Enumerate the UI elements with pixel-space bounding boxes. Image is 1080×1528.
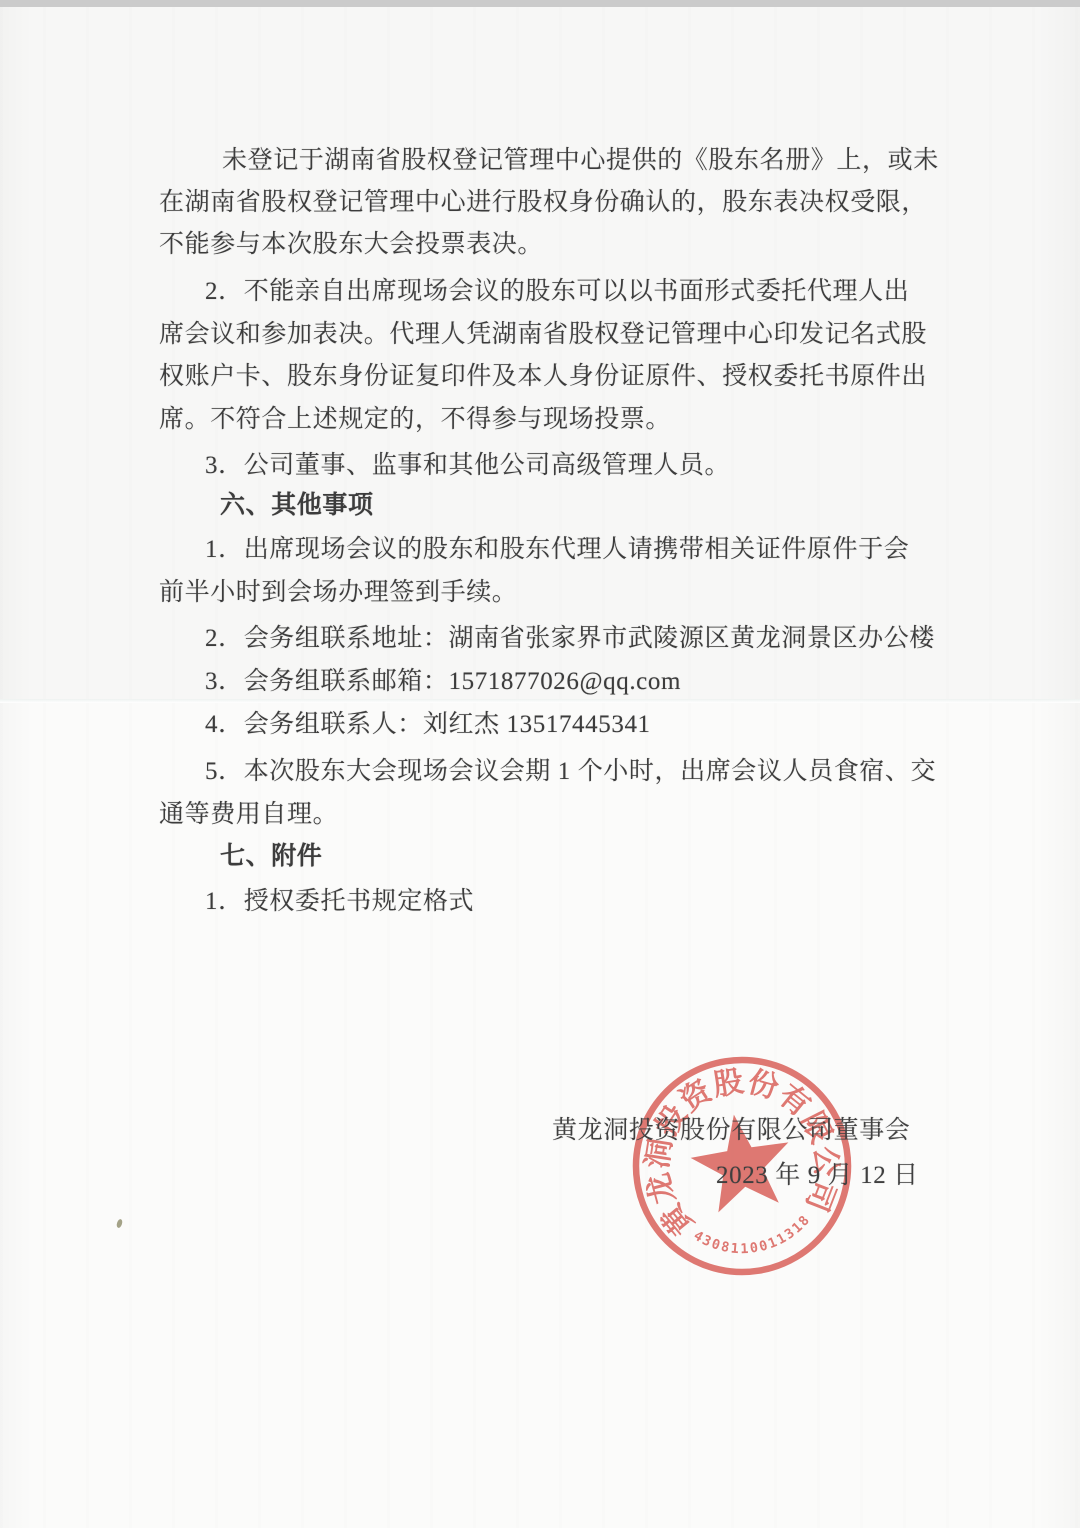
signature-company-line: 黄龙洞投资股份有限公司董事会 [552, 1110, 910, 1146]
text-line: 2．会务组联系地址：湖南省张家界市武陵源区黄龙洞景区办公楼 [205, 624, 935, 654]
text-line: 未登记于湖南省股权登记管理中心提供的《股东名册》上，或未 [222, 146, 939, 176]
scan-seam-line [0, 699, 1080, 703]
text-line: 1．出席现场会议的股东和股东代理人请携带相关证件原件于会 [205, 535, 909, 565]
text-line: 1．授权委托书规定格式 [205, 887, 474, 917]
signature-date-line: 2023 年 9 月 12 日 [716, 1155, 919, 1191]
document-page: 未登记于湖南省股权登记管理中心提供的《股东名册》上，或未 在湖南省股权登记管理中… [0, 0, 1080, 1528]
text-line: 3．会务组联系邮箱：1571877026@qq.com [205, 667, 681, 697]
section-heading: 六、其他事项 [220, 491, 374, 521]
text-line: 席。不符合上述规定的，不得参与现场投票。 [159, 405, 671, 435]
scan-top-edge [0, 0, 1080, 7]
text-line: 通等费用自理。 [159, 800, 338, 830]
text-line: 4．会务组联系人：刘红杰 13517445341 [205, 710, 651, 740]
text-line: 2．不能亲自出席现场会议的股东可以以书面形式委托代理人出 [205, 277, 909, 307]
text-line: 在湖南省股权登记管理中心进行股权身份确认的，股东表决权受限， [159, 188, 927, 218]
text-line: 不能参与本次股东大会投票表决。 [159, 230, 543, 260]
text-line: 权账户卡、股东身份证复印件及本人身份证原件、授权委托书原件出 [159, 362, 927, 392]
text-line: 前半小时到会场办理签到手续。 [159, 578, 517, 608]
text-line: 席会议和参加表决。代理人凭湖南省股权登记管理中心印发记名式股 [159, 320, 927, 350]
ink-speck [116, 1218, 124, 1228]
text-line: 3．公司董事、监事和其他公司高级管理人员。 [205, 451, 730, 481]
section-heading: 七、附件 [220, 842, 322, 872]
text-line: 5．本次股东大会现场会议会期 1 个小时，出席会议人员食宿、交 [205, 757, 936, 787]
